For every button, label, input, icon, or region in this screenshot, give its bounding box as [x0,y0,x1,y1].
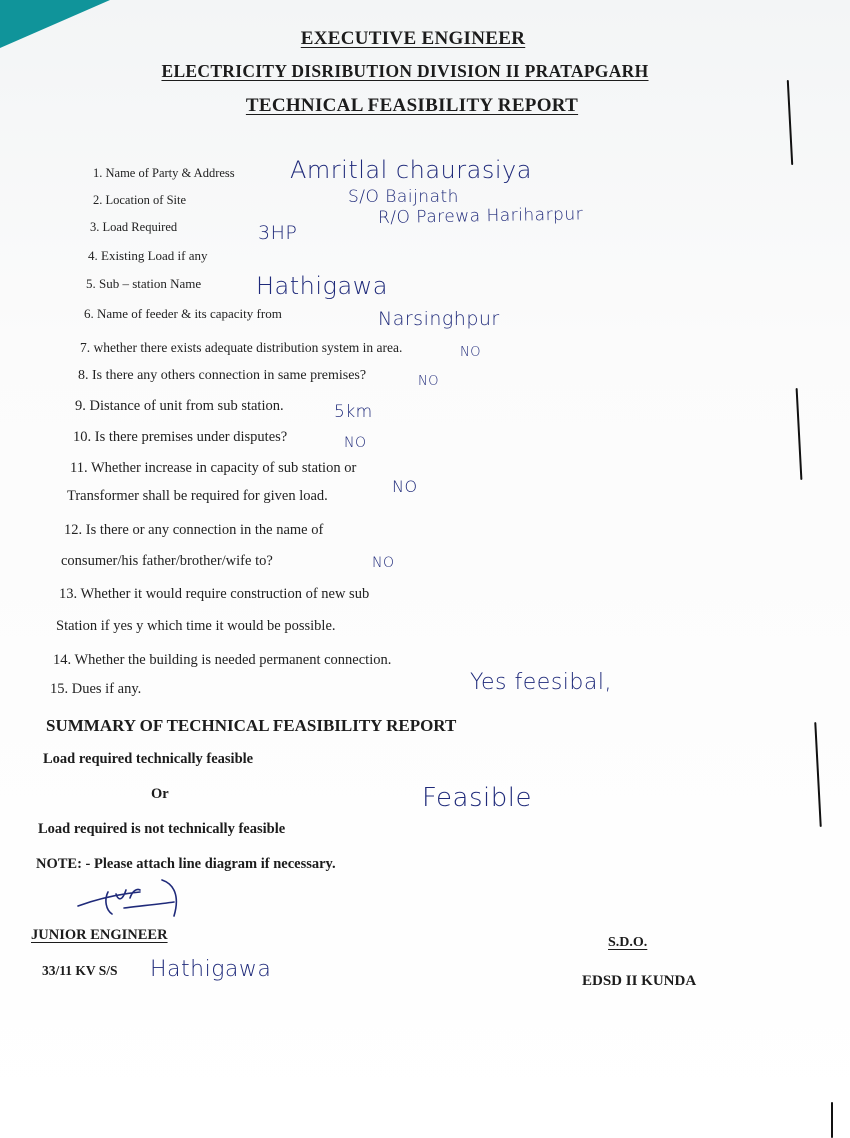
summary-feasible: Load required technically feasible [43,751,253,768]
je-substation-handwritten: Hathigawa [150,957,271,982]
answer-q11: NO [392,477,418,496]
answer-feeder: Narsinghpur [378,308,500,330]
question-1: 1. Name of Party & Address [93,166,235,181]
question-11: 11. Whether increase in capacity of sub … [70,460,356,477]
question-12: 12. Is there or any connection in the na… [64,522,323,539]
question-7: 7. whether there exists adequate distrib… [80,340,402,356]
question-8: 8. Is there any others connection in sam… [78,368,366,384]
question-5: 5. Sub – station Name [86,276,201,292]
answer-q10: NO [344,435,367,451]
question-2: 2. Location of Site [93,193,186,208]
sdo-title: S.D.O. [608,935,647,951]
pen-mark [814,722,821,827]
header-executive-engineer: EXECUTIVE ENGINEER [0,28,838,50]
question-3: 3. Load Required [90,220,177,235]
question-13-cont: Station if yes y which time it would be … [56,618,336,635]
answer-q14-feasible: Yes feesibal, [470,670,612,695]
sdo-office: EDSD II KUNDA [582,973,696,990]
question-15: 15. Dues if any. [50,681,141,698]
report-title: TECHNICAL FEASIBILITY REPORT [0,95,837,117]
answer-party-name: Amritlal chaurasiya [290,156,532,184]
summary-or: Or [151,786,169,803]
question-11-cont: Transformer shall be required for given … [67,488,328,505]
pen-mark [787,80,793,165]
answer-q7: NO [460,345,481,360]
header-division: ELECTRICITY DISRIBUTION DIVISION II PRAT… [0,61,830,82]
summary-title: SUMMARY OF TECHNICAL FEASIBILITY REPORT [46,716,456,736]
answer-q8: NO [418,374,439,389]
question-6: 6. Name of feeder & its capacity from [84,306,282,322]
je-station: 33/11 KV S/S [42,963,118,979]
question-10: 10. Is there premises under disputes? [73,429,287,446]
question-14: 14. Whether the building is needed perma… [53,652,391,669]
summary-not-feasible: Load required is not technically feasibl… [38,821,285,838]
summary-note: NOTE: - Please attach line diagram if ne… [36,856,336,873]
answer-load: 3HP [258,222,297,244]
question-9: 9. Distance of unit from sub station. [75,398,284,415]
je-title: JUNIOR ENGINEER [31,927,168,944]
answer-substation: Hathigawa [256,272,388,300]
je-signature [70,878,190,928]
question-13: 13. Whether it would require constructio… [59,586,369,603]
answer-q12: NO [372,555,395,571]
pen-mark [831,1102,833,1138]
question-12-cont: consumer/his father/brother/wife to? [61,553,273,570]
answer-address: R/O Parewa Hariharpur [378,204,584,228]
pen-mark [796,388,803,480]
question-4: 4. Existing Load if any [88,248,208,264]
answer-father-name: S/O Baijnath [348,187,459,207]
answer-distance: 5km [334,402,373,422]
summary-answer-feasible: Feasible [422,783,532,813]
